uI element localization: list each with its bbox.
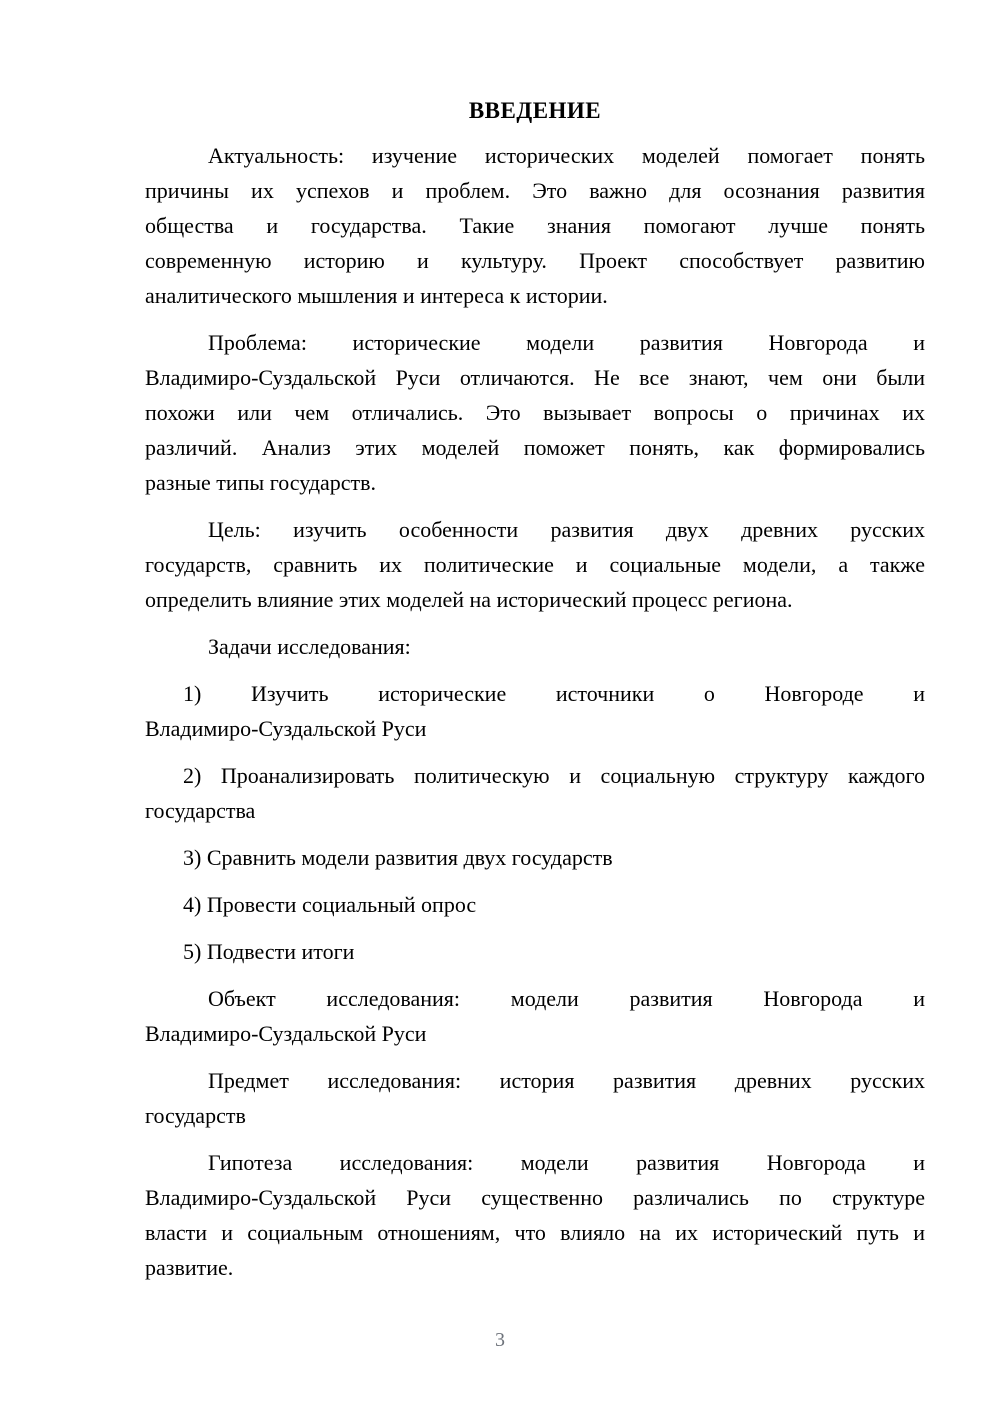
text-line: государств, сравнить их политические и с… [145, 547, 925, 582]
text-line: причины их успехов и проблем. Это важно … [145, 173, 925, 208]
text-line: государства [145, 793, 925, 828]
task-item-1: 1) Изучить исторические источники о Новг… [145, 676, 925, 746]
text-line: 1) Изучить исторические источники о Новг… [145, 676, 925, 711]
text-line: Объект исследования: модели развития Нов… [145, 981, 925, 1016]
text-line: разные типы государств. [145, 465, 925, 500]
text-line: общества и государства. Такие знания пом… [145, 208, 925, 243]
text-line: Предмет исследования: история развития д… [145, 1063, 925, 1098]
task-item-2: 2) Проанализировать политическую и социа… [145, 758, 925, 828]
text-line: 4) Провести социальный опрос [145, 887, 925, 922]
text-line: Владимиро-Суздальской Руси существенно р… [145, 1180, 925, 1215]
text-line: Владимиро-Суздальской Руси [145, 711, 925, 746]
task-item-4: 4) Провести социальный опрос [145, 887, 925, 922]
task-item-3: 3) Сравнить модели развития двух государ… [145, 840, 925, 875]
text-line: 3) Сравнить модели развития двух государ… [145, 840, 925, 875]
text-line: различий. Анализ этих моделей поможет по… [145, 430, 925, 465]
document-page: ВВЕДЕНИЕ Актуальность: изучение историче… [0, 0, 1000, 1414]
text-line: Актуальность: изучение исторических моде… [145, 138, 925, 173]
text-line: современную историю и культуру. Проект с… [145, 243, 925, 278]
paragraph-gipoteza: Гипотеза исследования: модели развития Н… [145, 1145, 925, 1285]
text-line: государств [145, 1098, 925, 1133]
text-line: Владимиро-Суздальской Руси [145, 1016, 925, 1051]
text-line: определить влияние этих моделей на истор… [145, 582, 925, 617]
paragraph-predmet: Предмет исследования: история развития д… [145, 1063, 925, 1133]
text-line: 2) Проанализировать политическую и социа… [145, 758, 925, 793]
page-number: 3 [0, 1325, 1000, 1355]
text-line: власти и социальным отношениям, что влия… [145, 1215, 925, 1250]
text-line: аналитического мышления и интереса к ист… [145, 278, 925, 313]
text-line: Цель: изучить особенности развития двух … [145, 512, 925, 547]
paragraph-tsel: Цель: изучить особенности развития двух … [145, 512, 925, 617]
text-line: Проблема: исторические модели развития Н… [145, 325, 925, 360]
paragraph-problema: Проблема: исторические модели развития Н… [145, 325, 925, 500]
document-body: ВВЕДЕНИЕ Актуальность: изучение историче… [145, 96, 925, 1285]
paragraph-obekt: Объект исследования: модели развития Нов… [145, 981, 925, 1051]
task-item-5: 5) Подвести итоги [145, 934, 925, 969]
text-line: похожи или чем отличались. Это вызывает … [145, 395, 925, 430]
paragraph-zadachi-heading: Задачи исследования: [145, 629, 925, 664]
page-title: ВВЕДЕНИЕ [145, 96, 925, 126]
text-line: Владимиро-Суздальской Руси отличаются. Н… [145, 360, 925, 395]
text-line: развитие. [145, 1250, 925, 1285]
paragraph-aktualnost: Актуальность: изучение исторических моде… [145, 138, 925, 313]
text-line: Задачи исследования: [145, 629, 925, 664]
text-line: Гипотеза исследования: модели развития Н… [145, 1145, 925, 1180]
text-line: 5) Подвести итоги [145, 934, 925, 969]
